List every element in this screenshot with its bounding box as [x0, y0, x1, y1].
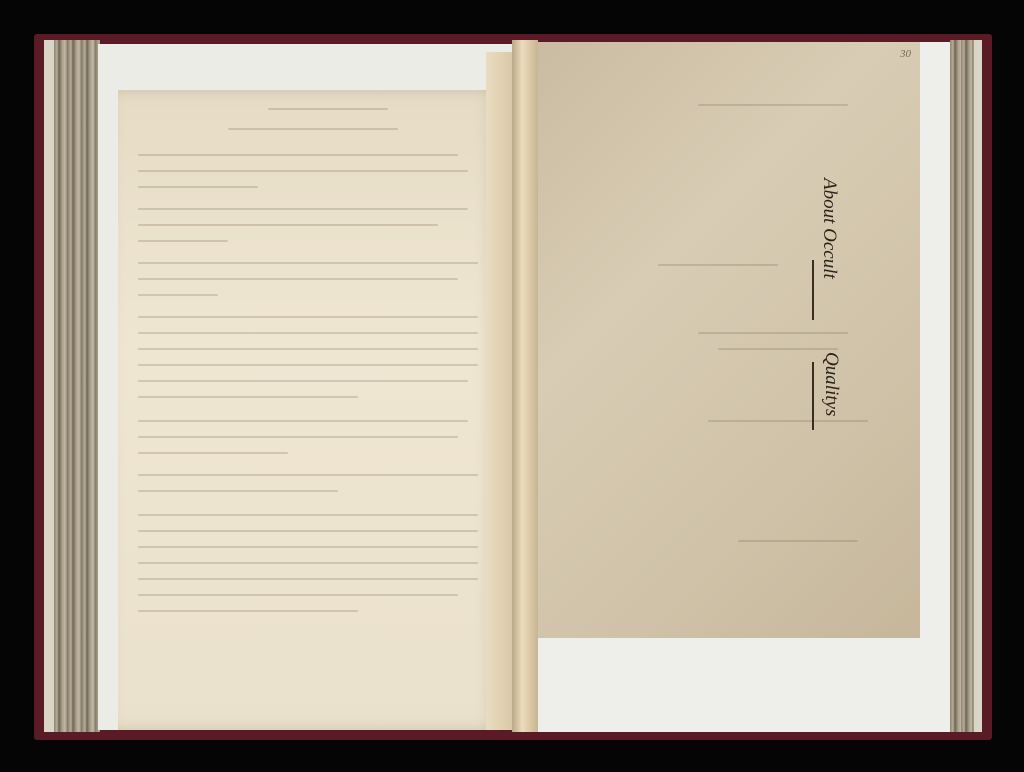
spine-gutter — [512, 40, 538, 732]
left-page-block-edge — [54, 40, 100, 732]
left-board-edge — [44, 40, 54, 732]
right-manuscript-page — [538, 42, 920, 638]
right-page-block-edge — [950, 40, 974, 732]
ink-rule-1 — [812, 260, 814, 320]
endorsement-line-2: Qualitys — [820, 352, 842, 416]
left-page-stub — [486, 52, 514, 730]
ink-rule-2 — [812, 362, 814, 430]
left-manuscript-page — [118, 90, 498, 730]
folio-number: 30 — [900, 48, 911, 60]
endorsement-line-1: About Occult — [818, 178, 840, 279]
